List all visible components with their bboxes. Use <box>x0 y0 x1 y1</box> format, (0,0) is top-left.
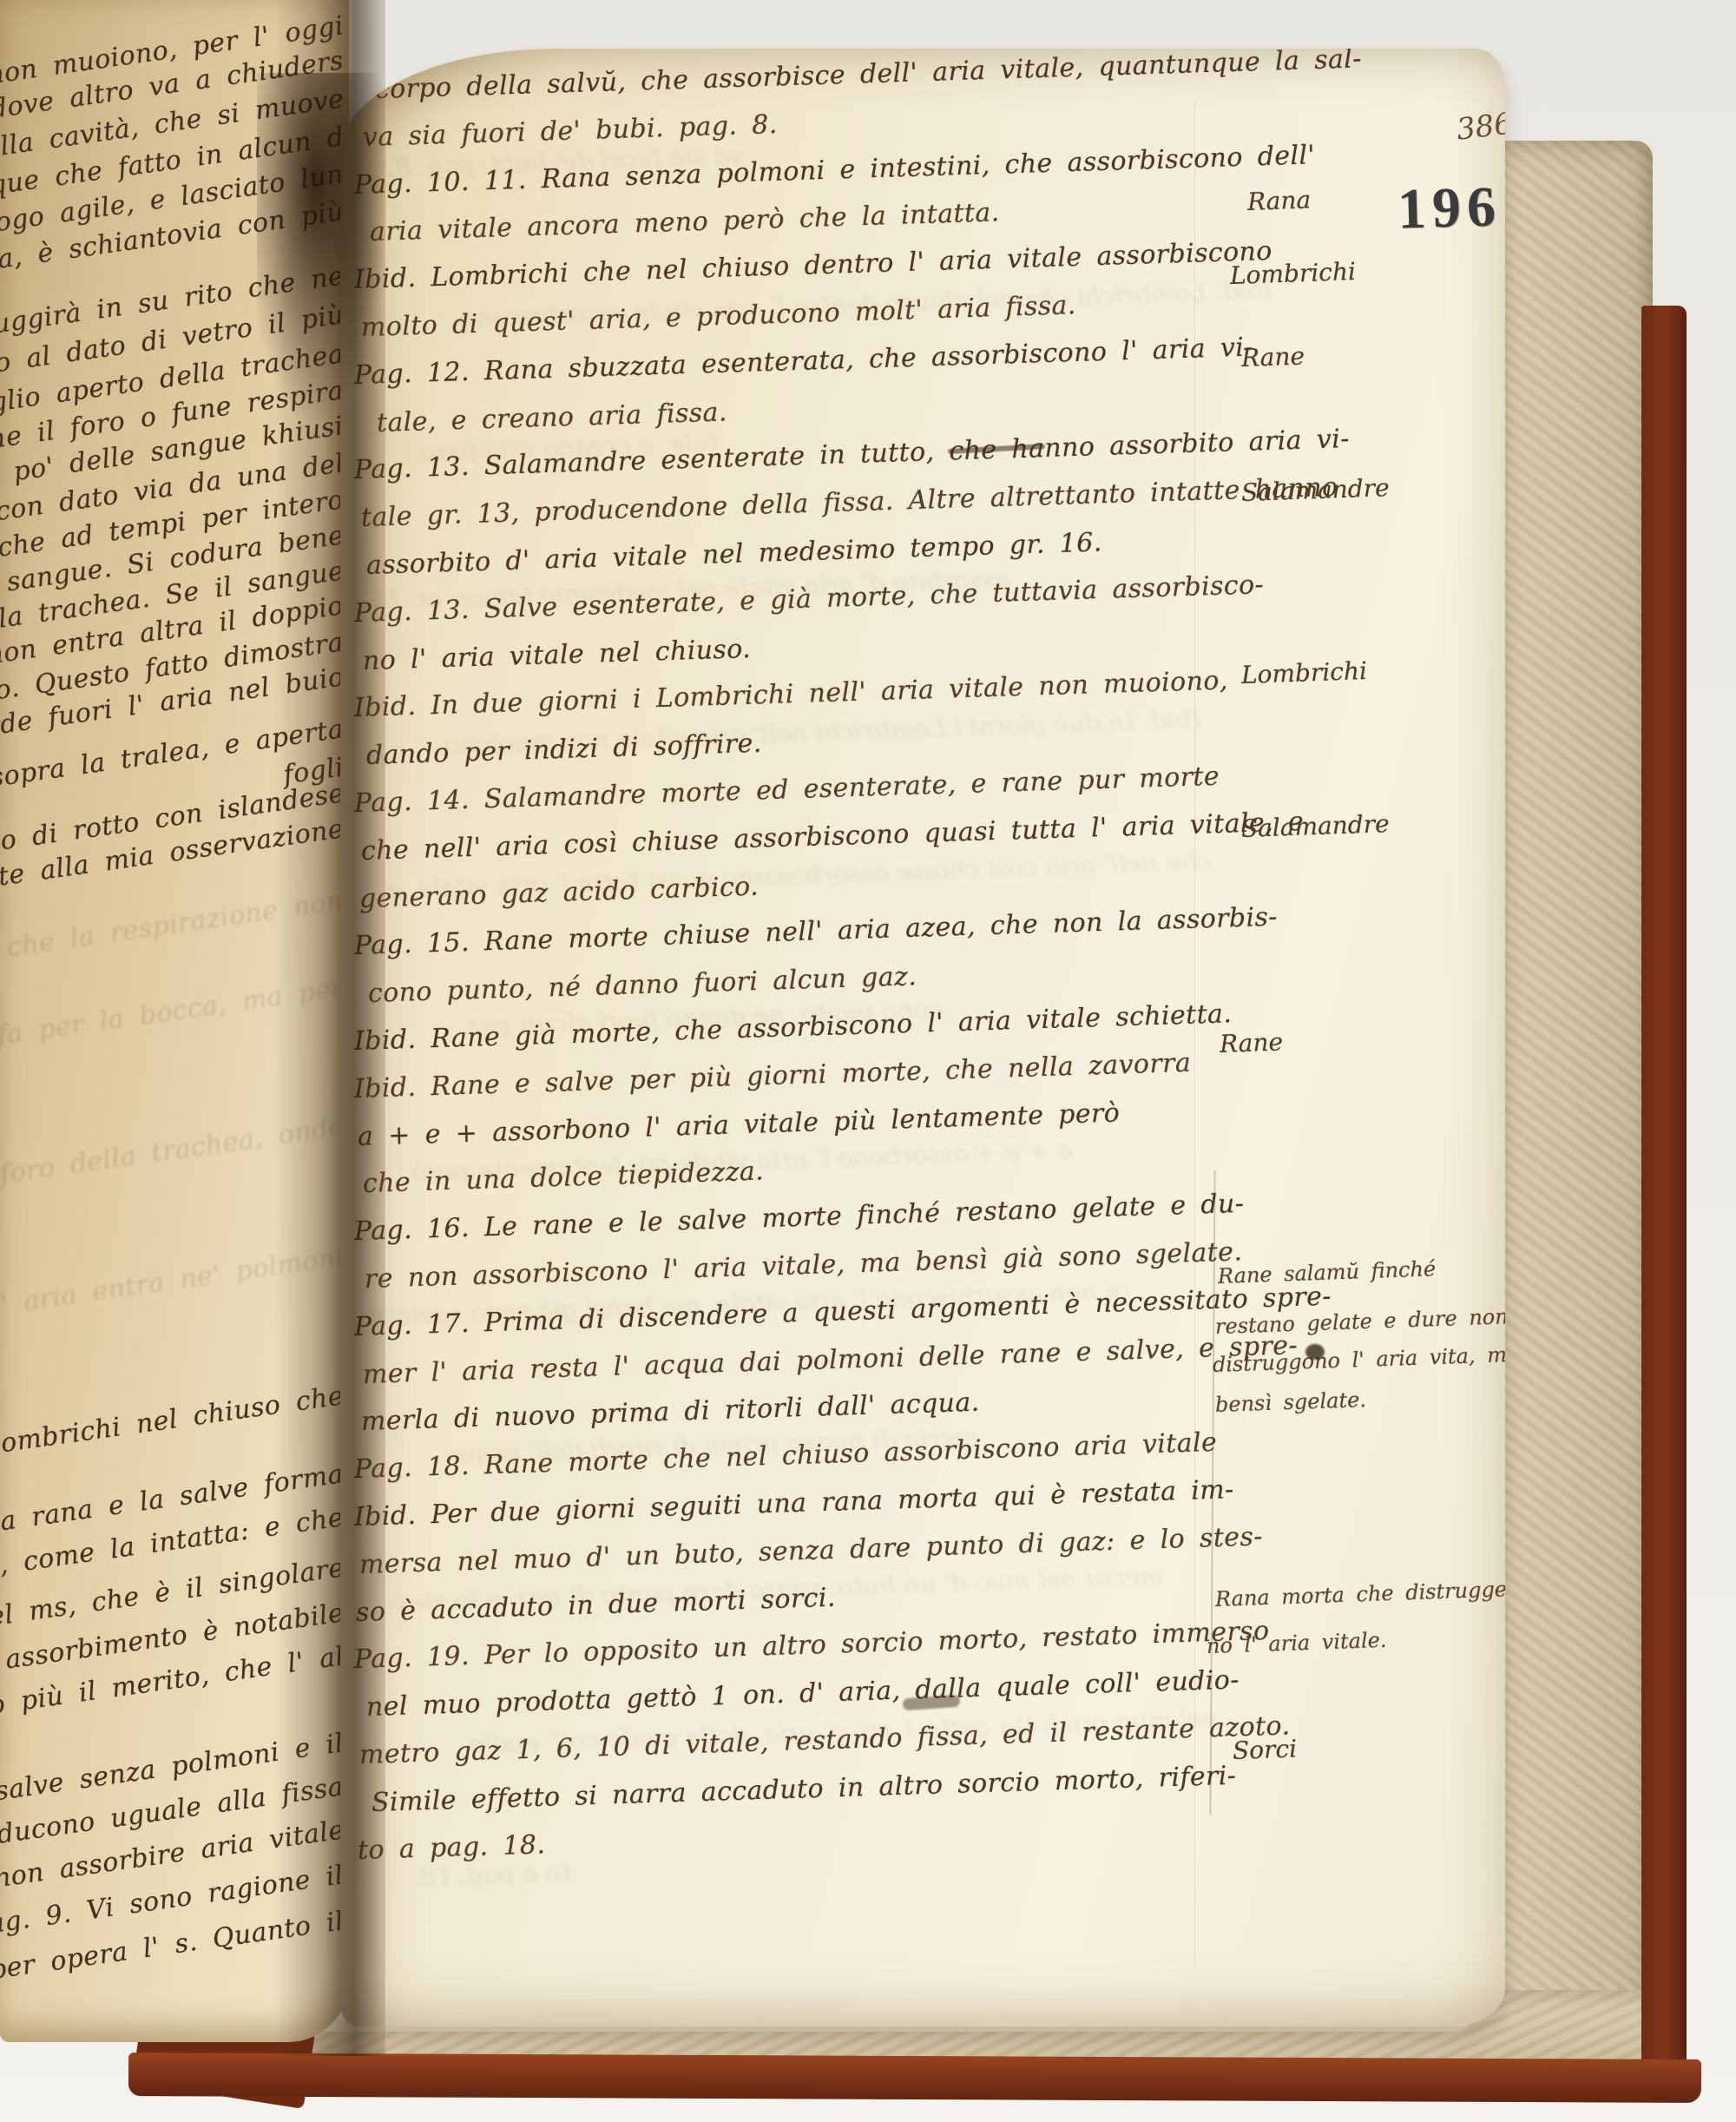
margin-note: distruggono l' aria vita, ma <box>1213 1342 1505 1377</box>
margin-note: Rana <box>1246 185 1311 216</box>
margin-note: Rane <box>1240 341 1305 372</box>
margin-note: Rane salamŭ finché <box>1218 1256 1437 1288</box>
left-page-fragment: 796. Lombrichi nel chiuso che <box>0 1381 345 1472</box>
right-page: va sia fuori de' bubi. pag. 8.Ibid. Lomb… <box>340 49 1505 2026</box>
margin-note: Sorci <box>1232 1734 1297 1765</box>
handwritten-folio-number: 386 <box>1455 106 1505 148</box>
margin-note: Salamandre <box>1240 809 1390 843</box>
margin-note: bensì sgelate. <box>1215 1387 1367 1417</box>
left-page-fragment: il foro della trachea, onde <box>0 1111 345 1195</box>
margin-note: restano gelate e dure non <box>1215 1304 1505 1339</box>
margin-note: Lombrichi <box>1229 257 1356 290</box>
book-cover-edge-right <box>1641 306 1687 2091</box>
left-page-fragment: e che la respirazione non <box>0 886 345 967</box>
margin-note: Lombrichi <box>1240 656 1367 689</box>
stamped-page-number: 196 <box>1397 174 1503 242</box>
margin-note: Rane <box>1219 1027 1283 1058</box>
manuscript-photo-background: { "colors": { "ink": "#4a3520", "ink_ver… <box>0 0 1736 2122</box>
ink-smudge <box>1305 1344 1325 1360</box>
book-cover-edge-bottom <box>128 2053 1701 2103</box>
margin-note: Rana morta che distrugge- <box>1215 1577 1505 1611</box>
left-page-fragment: si fa per la bocca, ma per <box>0 972 345 1057</box>
margin-note: Salamandre <box>1240 473 1390 507</box>
margin-note: no l' aria vitale. <box>1207 1628 1387 1658</box>
margin-notes-column: RanaLombrichiRaneSalamandreLombrichiSala… <box>340 49 1505 2026</box>
left-page: allora non muoiono, per l' oggia ab bass… <box>0 0 349 2042</box>
left-page-fragment: l' aria entra ne' polmoni <box>0 1242 345 1321</box>
